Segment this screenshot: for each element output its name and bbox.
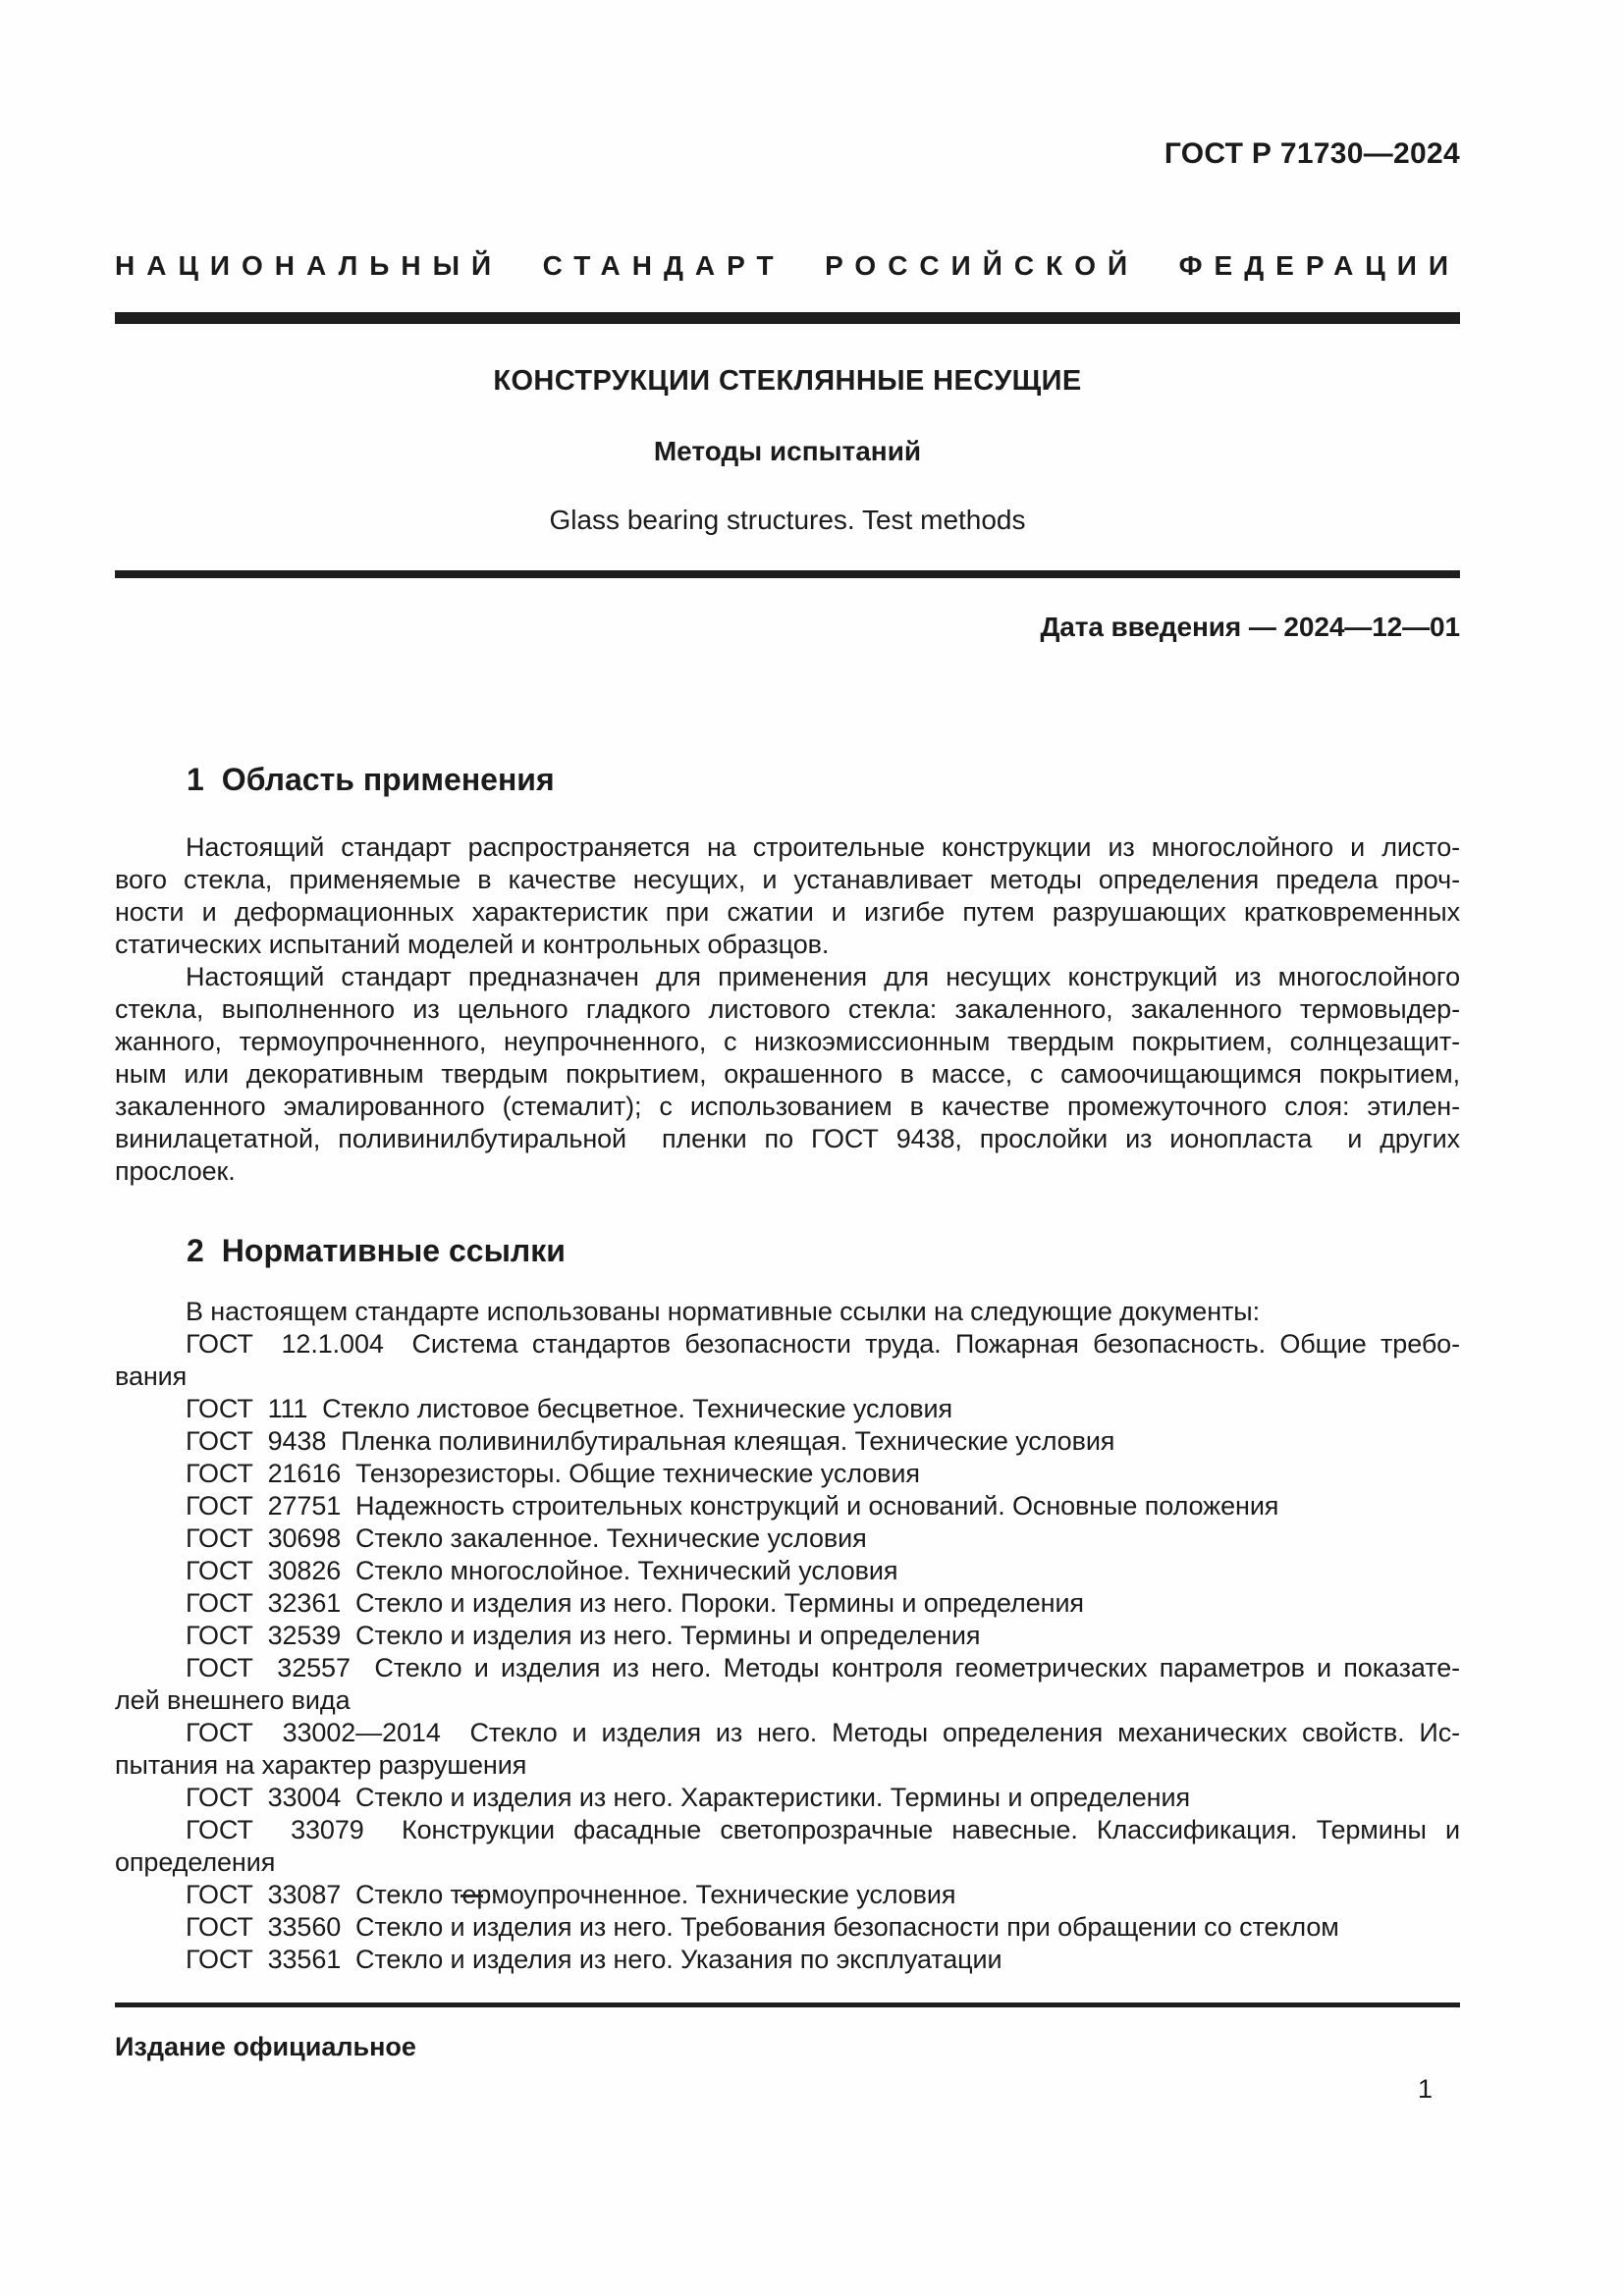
reference-line-text: ГОСТ 33087 Стекло термоупрочненное. Техн… (186, 1880, 955, 1909)
edition-note: Издание официальное (115, 2031, 416, 2063)
section-heading-number: 1 (187, 762, 204, 797)
reference-line: ГОСТ 33087 Стекло термоупрочненное. Техн… (115, 1879, 1460, 1911)
document-subtitle-ru: Методы испытаний (115, 435, 1460, 467)
reference-line: ГОСТ 33004 Стекло и изделия из него. Хар… (115, 1782, 1460, 1814)
reference-line: вания (115, 1361, 1460, 1393)
reference-intro-line: В настоящем стандарте использованы норма… (115, 1296, 1460, 1328)
footer-rule (115, 2002, 1460, 2007)
divider-rule-mid (115, 570, 1460, 578)
reference-line: пытания на характер разрушения (115, 1749, 1460, 1782)
paragraph-line: прослоек. (115, 1155, 1460, 1188)
paragraph-line: Настоящий стандарт предназначен для прим… (115, 961, 1460, 993)
page-number: 1 (1418, 2073, 1433, 2106)
reference-line: ГОСТ 32539 Стекло и изделия из него. Тер… (115, 1620, 1460, 1652)
reference-line: лей внешнего вида (115, 1684, 1460, 1717)
section-1-body: Настоящий стандарт распространяется на с… (115, 831, 1460, 1188)
paragraph-line: винилацетатной, поливинилбутиральной пле… (115, 1123, 1460, 1155)
reference-line: ГОСТ 12.1.004 Система стандартов безопас… (115, 1328, 1460, 1361)
reference-line: ГОСТ 21616 Тензорезисторы. Общие техниче… (115, 1458, 1460, 1490)
section-heading-number: 2 (187, 1233, 204, 1268)
reference-line: ГОСТ 33002—2014 Стекло и изделия из него… (115, 1717, 1460, 1749)
section-heading-title: Нормативные ссылки (222, 1233, 566, 1268)
reference-line: ГОСТ 30826 Стекло многослойное. Техничес… (115, 1555, 1460, 1587)
paragraph-line: стекла, выполненного из цельного гладког… (115, 993, 1460, 1026)
section-2-heading: 2Нормативные ссылки (115, 1231, 1460, 1270)
scan-strike-artifact (460, 1895, 483, 1897)
paragraph-line: ности и деформационных характеристик при… (115, 896, 1460, 929)
effective-date: Дата введения — 2024—12—01 (115, 611, 1460, 643)
reference-line: ГОСТ 30698 Стекло закаленное. Технически… (115, 1522, 1460, 1555)
section-1-heading: 1Область применения (115, 760, 1460, 799)
doc-number: ГОСТ Р 71730—2024 (115, 137, 1460, 170)
paragraph-line: закаленного эмалированного (стемалит); с… (115, 1091, 1460, 1123)
divider-rule-top (115, 312, 1460, 324)
national-standard-header: НАЦИОНАЛЬНЫЙ СТАНДАРТ РОССИЙСКОЙ ФЕДЕРАЦ… (115, 249, 1460, 282)
reference-line: ГОСТ 27751 Надежность строительных конст… (115, 1490, 1460, 1522)
document-page: ГОСТ Р 71730—2024 НАЦИОНАЛЬНЫЙ СТАНДАРТ … (0, 0, 1624, 2296)
normative-references-list: В настоящем стандарте использованы норма… (115, 1296, 1460, 1976)
section-heading-title: Область применения (222, 762, 555, 797)
reference-line: определения (115, 1846, 1460, 1879)
paragraph-line: вого стекла, применяемые в качестве несу… (115, 864, 1460, 896)
paragraph-line: статических испытаний моделей и контроль… (115, 929, 1460, 961)
paragraph-line: ным или декоративным твердым покрытием, … (115, 1058, 1460, 1091)
reference-line: ГОСТ 33079 Конструкции фасадные светопро… (115, 1814, 1460, 1846)
reference-line: ГОСТ 33560 Стекло и изделия из него. Тре… (115, 1911, 1460, 1944)
paragraph-line: Настоящий стандарт распространяется на с… (115, 831, 1460, 864)
reference-line: ГОСТ 33561 Стекло и изделия из него. Ука… (115, 1944, 1460, 1976)
reference-line: ГОСТ 32557 Стекло и изделия из него. Мет… (115, 1652, 1460, 1684)
document-title-ru: КОНСТРУКЦИИ СТЕКЛЯННЫЕ НЕСУЩИЕ (115, 365, 1460, 398)
document-title-en: Glass bearing structures. Test methods (115, 504, 1460, 536)
reference-line: ГОСТ 111 Стекло листовое бесцветное. Тех… (115, 1393, 1460, 1425)
paragraph-line: жанного, термоупрочненного, неупрочненно… (115, 1026, 1460, 1058)
reference-line: ГОСТ 9438 Пленка поливинилбутиральная кл… (115, 1425, 1460, 1458)
reference-line: ГОСТ 32361 Стекло и изделия из него. Пор… (115, 1587, 1460, 1620)
